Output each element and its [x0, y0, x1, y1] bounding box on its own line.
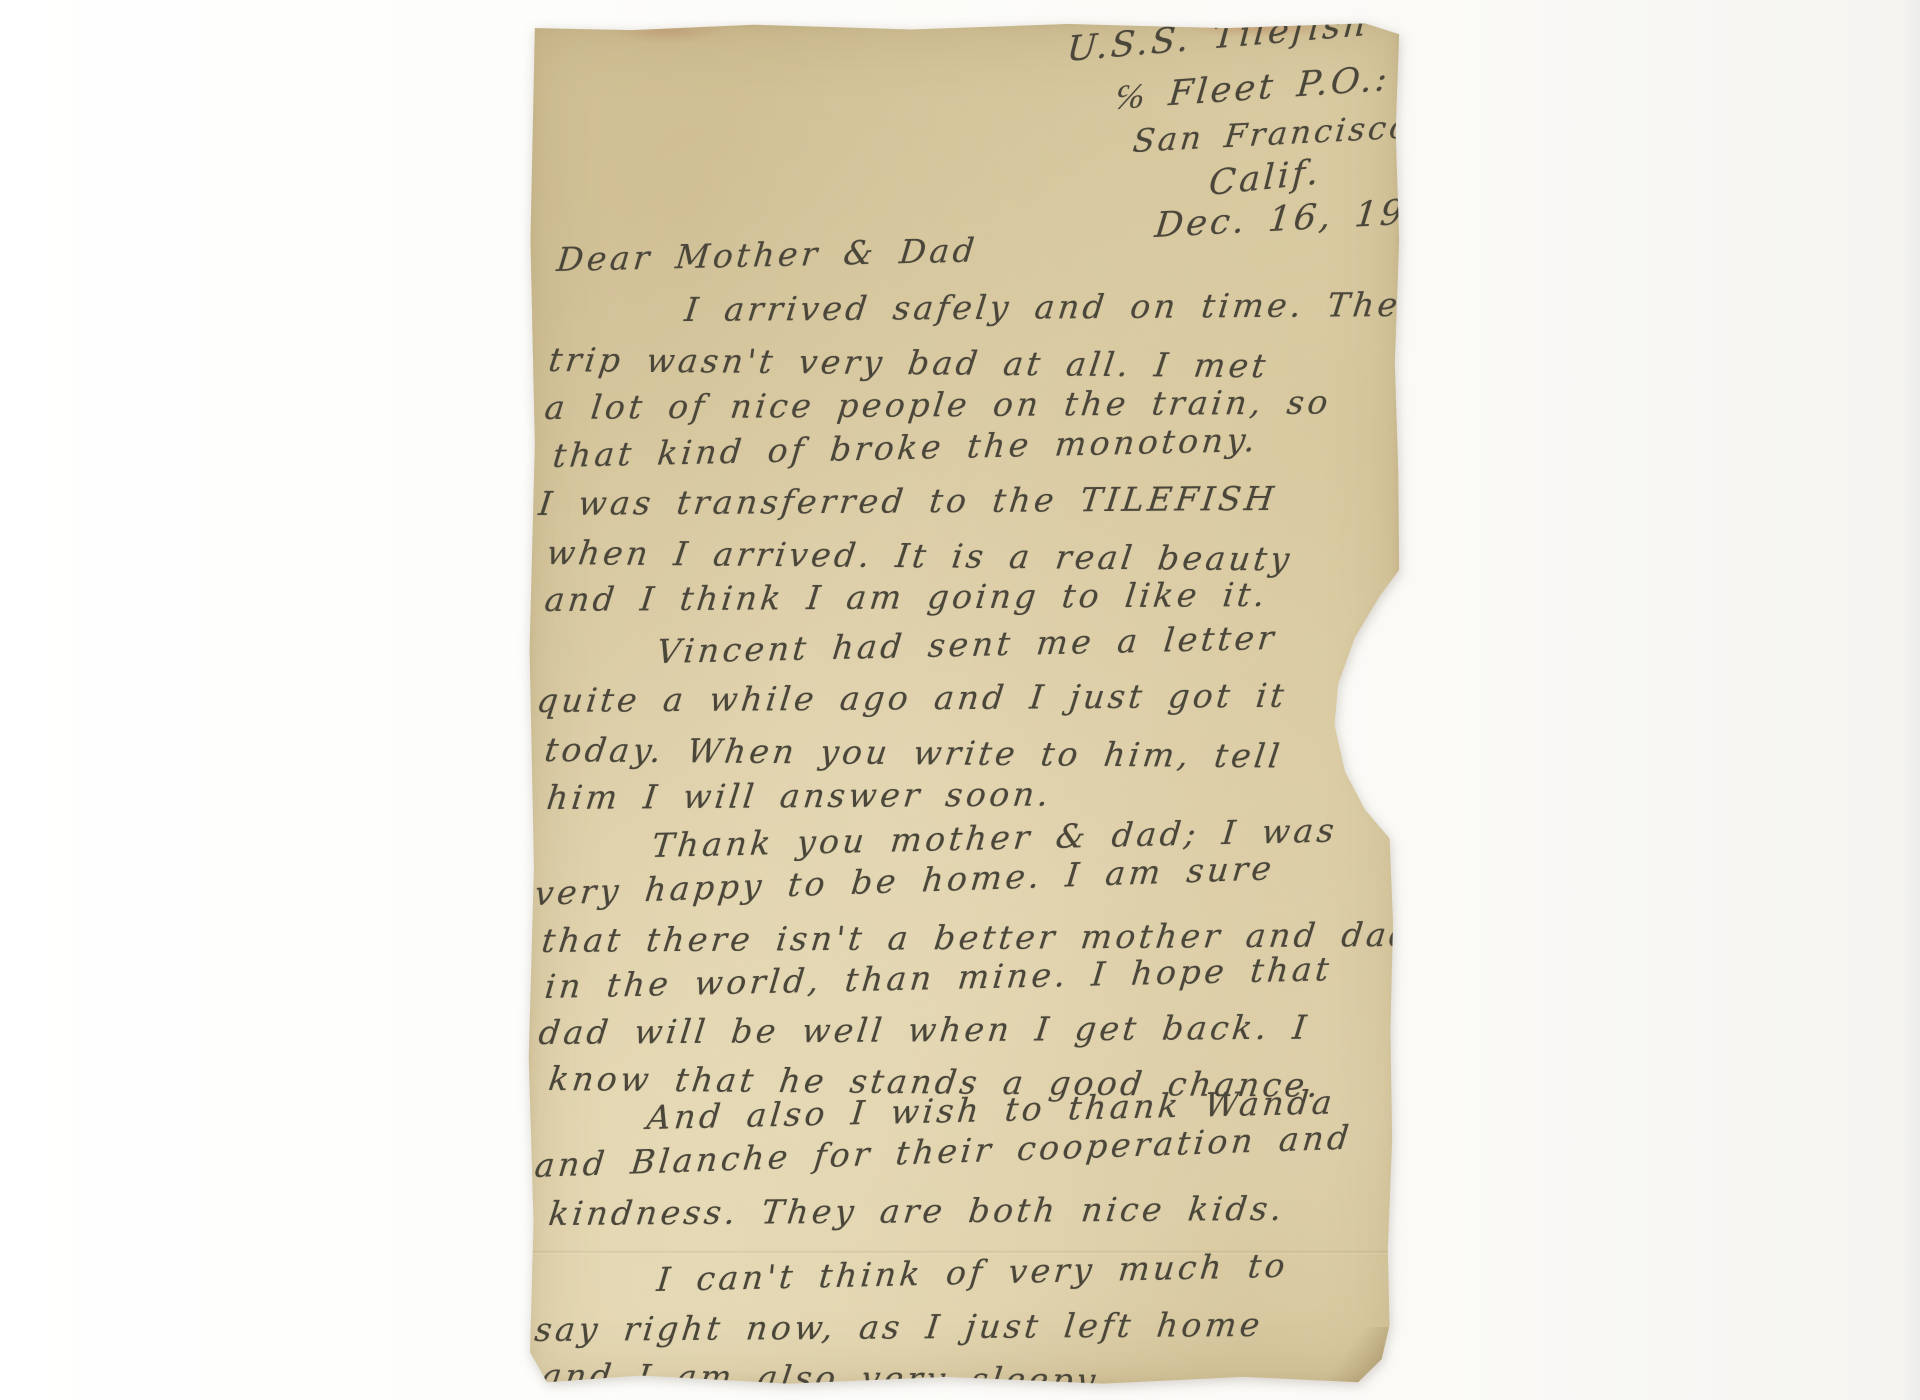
letter-line: say right now, as I just left home	[533, 1305, 1266, 1349]
letter-line: kindness. They are both nice kids.	[547, 1189, 1288, 1233]
letter-line: trip wasn't very bad at all. I met	[546, 340, 1271, 385]
letter-line: him I will answer soon.	[545, 774, 1054, 817]
letter-line: I arrived safely and on time. The	[683, 285, 1403, 329]
letter-line: today. When you write to him, tell	[542, 730, 1285, 775]
letter-line: when I arrived. It is a real beauty	[544, 533, 1295, 579]
letter-line: dad will be well when I get back. I	[537, 1008, 1312, 1052]
paper-sheet: U.S.S. Tilefish ℅ Fleet P.O.: San Franci…	[527, 22, 1400, 1385]
return-address-city: San Francisco,	[1131, 107, 1427, 160]
return-address-ship: U.S.S. Tilefish	[1066, 4, 1371, 70]
letter-line: quite a while ago and I just got it	[535, 676, 1290, 720]
scan-background: U.S.S. Tilefish ℅ Fleet P.O.: San Franci…	[0, 0, 1920, 1400]
letter-line: I was transferred to the TILEFISH	[537, 479, 1279, 523]
paper-corner-fold	[1328, 1327, 1390, 1383]
letter-line: and I am also very sleepy.	[539, 1356, 1110, 1400]
return-address-careof: ℅ Fleet P.O.:	[1113, 59, 1391, 118]
letter-salutation: Dear Mother & Dad	[555, 230, 979, 279]
paper-stain	[607, 18, 727, 44]
letter-line: and I think I am going to like it.	[543, 575, 1270, 619]
letter-date: Dec. 16, 1943	[1153, 190, 1459, 246]
return-address-state: Calif.	[1208, 153, 1322, 204]
letter-line: Vincent had sent me a letter	[655, 618, 1279, 671]
letter-line: that kind of broke the monotony.	[551, 420, 1260, 475]
letter-paper: U.S.S. Tilefish ℅ Fleet P.O.: San Franci…	[527, 22, 1400, 1385]
